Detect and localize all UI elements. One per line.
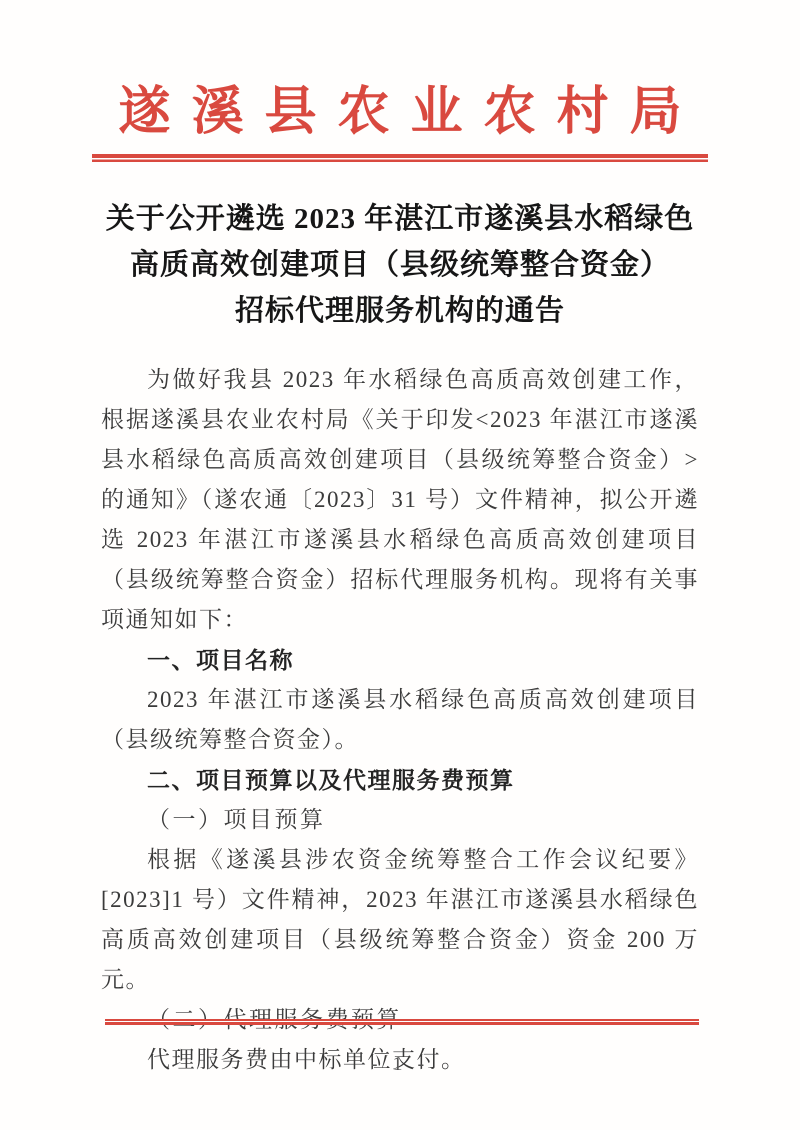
document-title-line-1: 关于公开遴选 2023 年湛江市遂溪县水稻绿色 bbox=[0, 196, 800, 242]
letterhead-divider-rule bbox=[92, 154, 708, 162]
section-1-body: 2023 年湛江市遂溪县水稻绿色高质高效创建项目（县级统筹整合资金）。 bbox=[101, 680, 699, 760]
section-2-subheading-1: （一）项目预算 bbox=[101, 800, 699, 840]
paragraph-intro: 为做好我县 2023 年水稻绿色高质高效创建工作，根据遂溪县农业农村局《关于印发… bbox=[101, 360, 699, 640]
document-page: 遂溪县农业农村局 关于公开遴选 2023 年湛江市遂溪县水稻绿色 高质高效创建项… bbox=[0, 0, 800, 1130]
document-title-line-2: 高质高效创建项目（县级统筹整合资金） bbox=[0, 242, 800, 288]
page-number: - 1 - bbox=[0, 1053, 800, 1076]
document-body: 为做好我县 2023 年水稻绿色高质高效创建工作，根据遂溪县农业农村局《关于印发… bbox=[101, 360, 699, 1080]
letterhead-agency-name: 遂溪县农业农村局 bbox=[0, 84, 800, 141]
section-1-heading: 一、项目名称 bbox=[101, 640, 699, 680]
section-2-sub-1-body: 根据《遂溪县涉农资金统筹整合工作会议纪要》[2023]1 号）文件精神，2023… bbox=[101, 840, 699, 1000]
document-title: 关于公开遴选 2023 年湛江市遂溪县水稻绿色 高质高效创建项目（县级统筹整合资… bbox=[0, 196, 800, 334]
footer-divider-rule bbox=[105, 1019, 699, 1025]
document-title-line-3: 招标代理服务机构的通告 bbox=[0, 288, 800, 334]
section-2-heading: 二、项目预算以及代理服务费预算 bbox=[101, 760, 699, 800]
